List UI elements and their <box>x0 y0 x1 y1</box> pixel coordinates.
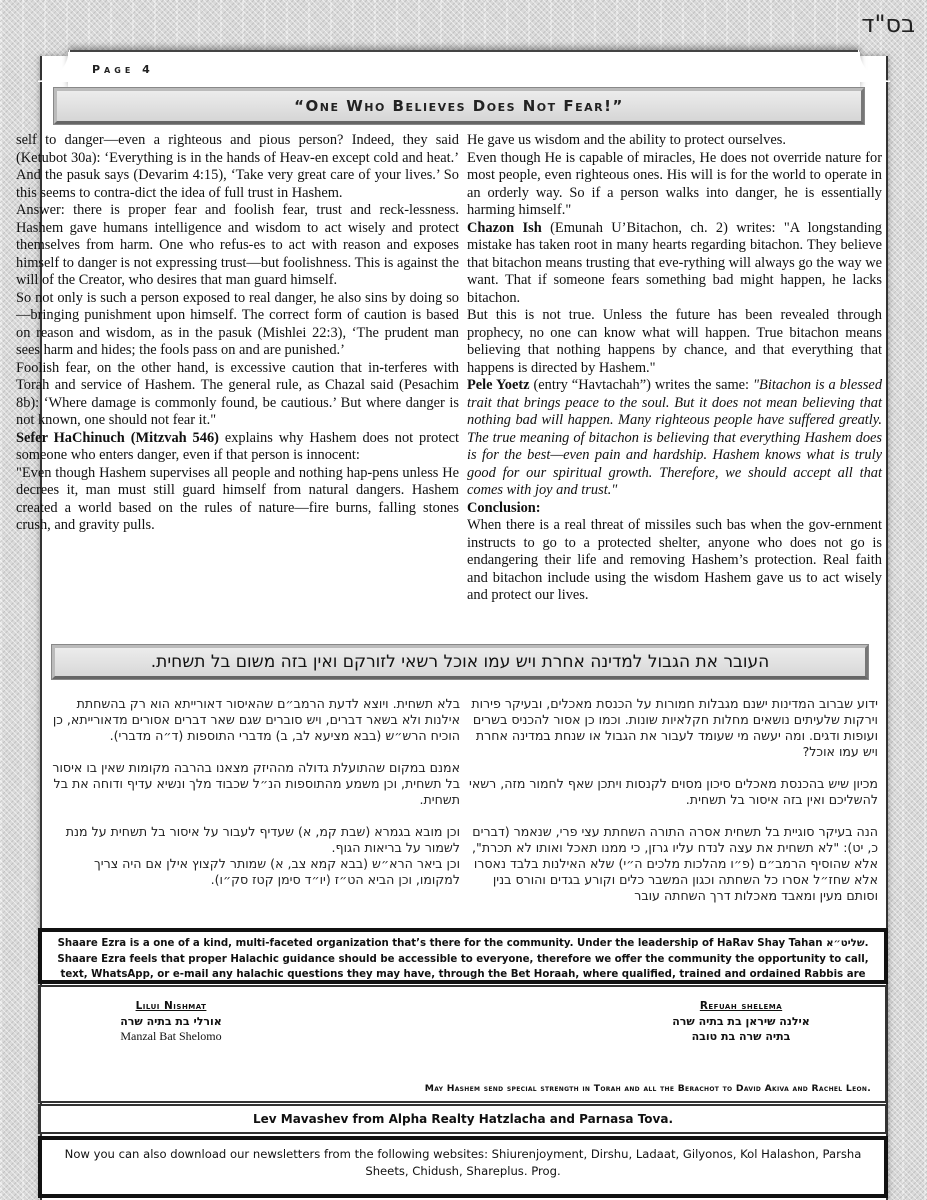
source-name: Pele Yoetz <box>467 377 530 393</box>
paragraph: So not only is such a person exposed to … <box>16 290 459 360</box>
paragraph: Foolish fear, on the other hand, is exce… <box>16 360 459 430</box>
bsd-mark: בס"ד <box>861 10 915 38</box>
refuah-name: בתיה שרה בת טובה <box>651 1029 831 1044</box>
dedication-box: Lilui Nishmat אורלי בת בתיה שרה Manzal B… <box>38 985 888 1103</box>
paragraph: Even though He is capable of miracles, H… <box>467 150 882 220</box>
paragraph: Conclusion: <box>467 500 882 518</box>
lilui-nishmat-heading: Lilui Nishmat <box>96 999 246 1014</box>
hebrew-paragraph: וכן מובא בגמרא (שבת קמ, א) שעדיף לעבור ע… <box>46 824 460 856</box>
download-text: Now you can also download our newsletter… <box>65 1147 862 1178</box>
paragraph: Answer: there is proper fear and foolish… <box>16 202 459 290</box>
hebrew-paragraph: אמנם במקום שהתועלת גדולה מההיזק מצאנו בה… <box>46 760 460 808</box>
paragraph-text: (entry “Havtachah”) writes the same: <box>530 377 753 393</box>
refuah-shelema-block: Refuah shelema אילנה שיראן בת בתיה שרה ב… <box>651 999 831 1044</box>
hebrew-paragraph: הנה בעיקר סוגיית בל תשחית אסרה התורה השח… <box>468 824 878 904</box>
paragraph: "Even though Hashem supervises all peopl… <box>16 465 459 535</box>
article-title-bar: “One Who Believes Does Not Fear!” <box>54 88 864 124</box>
hebrew-paragraph: ידוע שברוב המדינות ישנם מגבלות חמורות על… <box>468 696 878 760</box>
download-box: Now you can also download our newsletter… <box>38 1136 888 1198</box>
conclusion-heading: Conclusion: <box>467 500 541 516</box>
sponsor-text: Lev Mavashev from Alpha Realty Hatzlacha… <box>253 1112 673 1126</box>
hebrew-right-column: ידוע שברוב המדינות ישנם מגבלות חמורות על… <box>468 696 878 920</box>
hebrew-paragraph: וכן ביאר הרא״ש (בבא קמא צב, א) שמותר לקצ… <box>46 856 460 888</box>
page-number-label: Page 4 <box>92 63 154 76</box>
frame-corner-left <box>38 50 70 82</box>
source-name: Sefer HaChinuch (Mitzvah 546) <box>16 430 219 446</box>
paragraph: self to danger—even a righteous and piou… <box>16 132 459 202</box>
hebrew-left-column: בלא תשחית. ויוצא לדעת הרמב״ם שהאיסור דאו… <box>46 696 460 888</box>
frame-corner-right <box>858 50 890 82</box>
paragraph: Sefer HaChinuch (Mitzvah 546) explains w… <box>16 430 459 465</box>
hebrew-title-bar: העובר את הגבול למדינה אחרת ויש עמו אוכל … <box>52 645 868 679</box>
paragraph: He gave us wisdom and the ability to pro… <box>467 132 882 150</box>
strength-blessing: May Hashem send special strength in Tora… <box>261 1083 871 1094</box>
lilui-name-hebrew: אורלי בת בתיה שרה <box>96 1014 246 1029</box>
hebrew-title: העובר את הגבול למדינה אחרת ויש עמו אוכל … <box>151 652 769 672</box>
hebrew-paragraph: בלא תשחית. ויוצא לדעת הרמב״ם שהאיסור דאו… <box>46 696 460 744</box>
paragraph: Pele Yoetz (entry “Havtachah”) writes th… <box>467 377 882 500</box>
paragraph: Chazon Ish (Emunah U’Bitachon, ch. 2) wr… <box>467 220 882 308</box>
lilui-nishmat-block: Lilui Nishmat אורלי בת בתיה שרה Manzal B… <box>96 999 246 1044</box>
page-frame-top <box>68 50 860 90</box>
about-box: Shaare Ezra is a one of a kind, multi-fa… <box>38 928 888 984</box>
article-left-column: self to danger—even a righteous and piou… <box>16 132 459 535</box>
refuah-shelema-heading: Refuah shelema <box>651 999 831 1014</box>
paragraph: But this is not true. Unless the future … <box>467 307 882 377</box>
lilui-name-english: Manzal Bat Shelomo <box>96 1029 246 1044</box>
refuah-name: אילנה שיראן בת בתיה שרה <box>651 1014 831 1029</box>
source-name: Chazon Ish <box>467 220 542 236</box>
sponsor-box: Lev Mavashev from Alpha Realty Hatzlacha… <box>38 1104 888 1134</box>
article-right-column: He gave us wisdom and the ability to pro… <box>467 132 882 605</box>
quote-text: "Bitachon is a blessed trait that brings… <box>467 377 882 498</box>
paragraph: When there is a real threat of missiles … <box>467 517 882 605</box>
article-title: “One Who Believes Does Not Fear!” <box>294 97 624 115</box>
hebrew-paragraph: מכיון שיש בהכנסת מאכלים סיכון מסוים לקנס… <box>468 776 878 808</box>
